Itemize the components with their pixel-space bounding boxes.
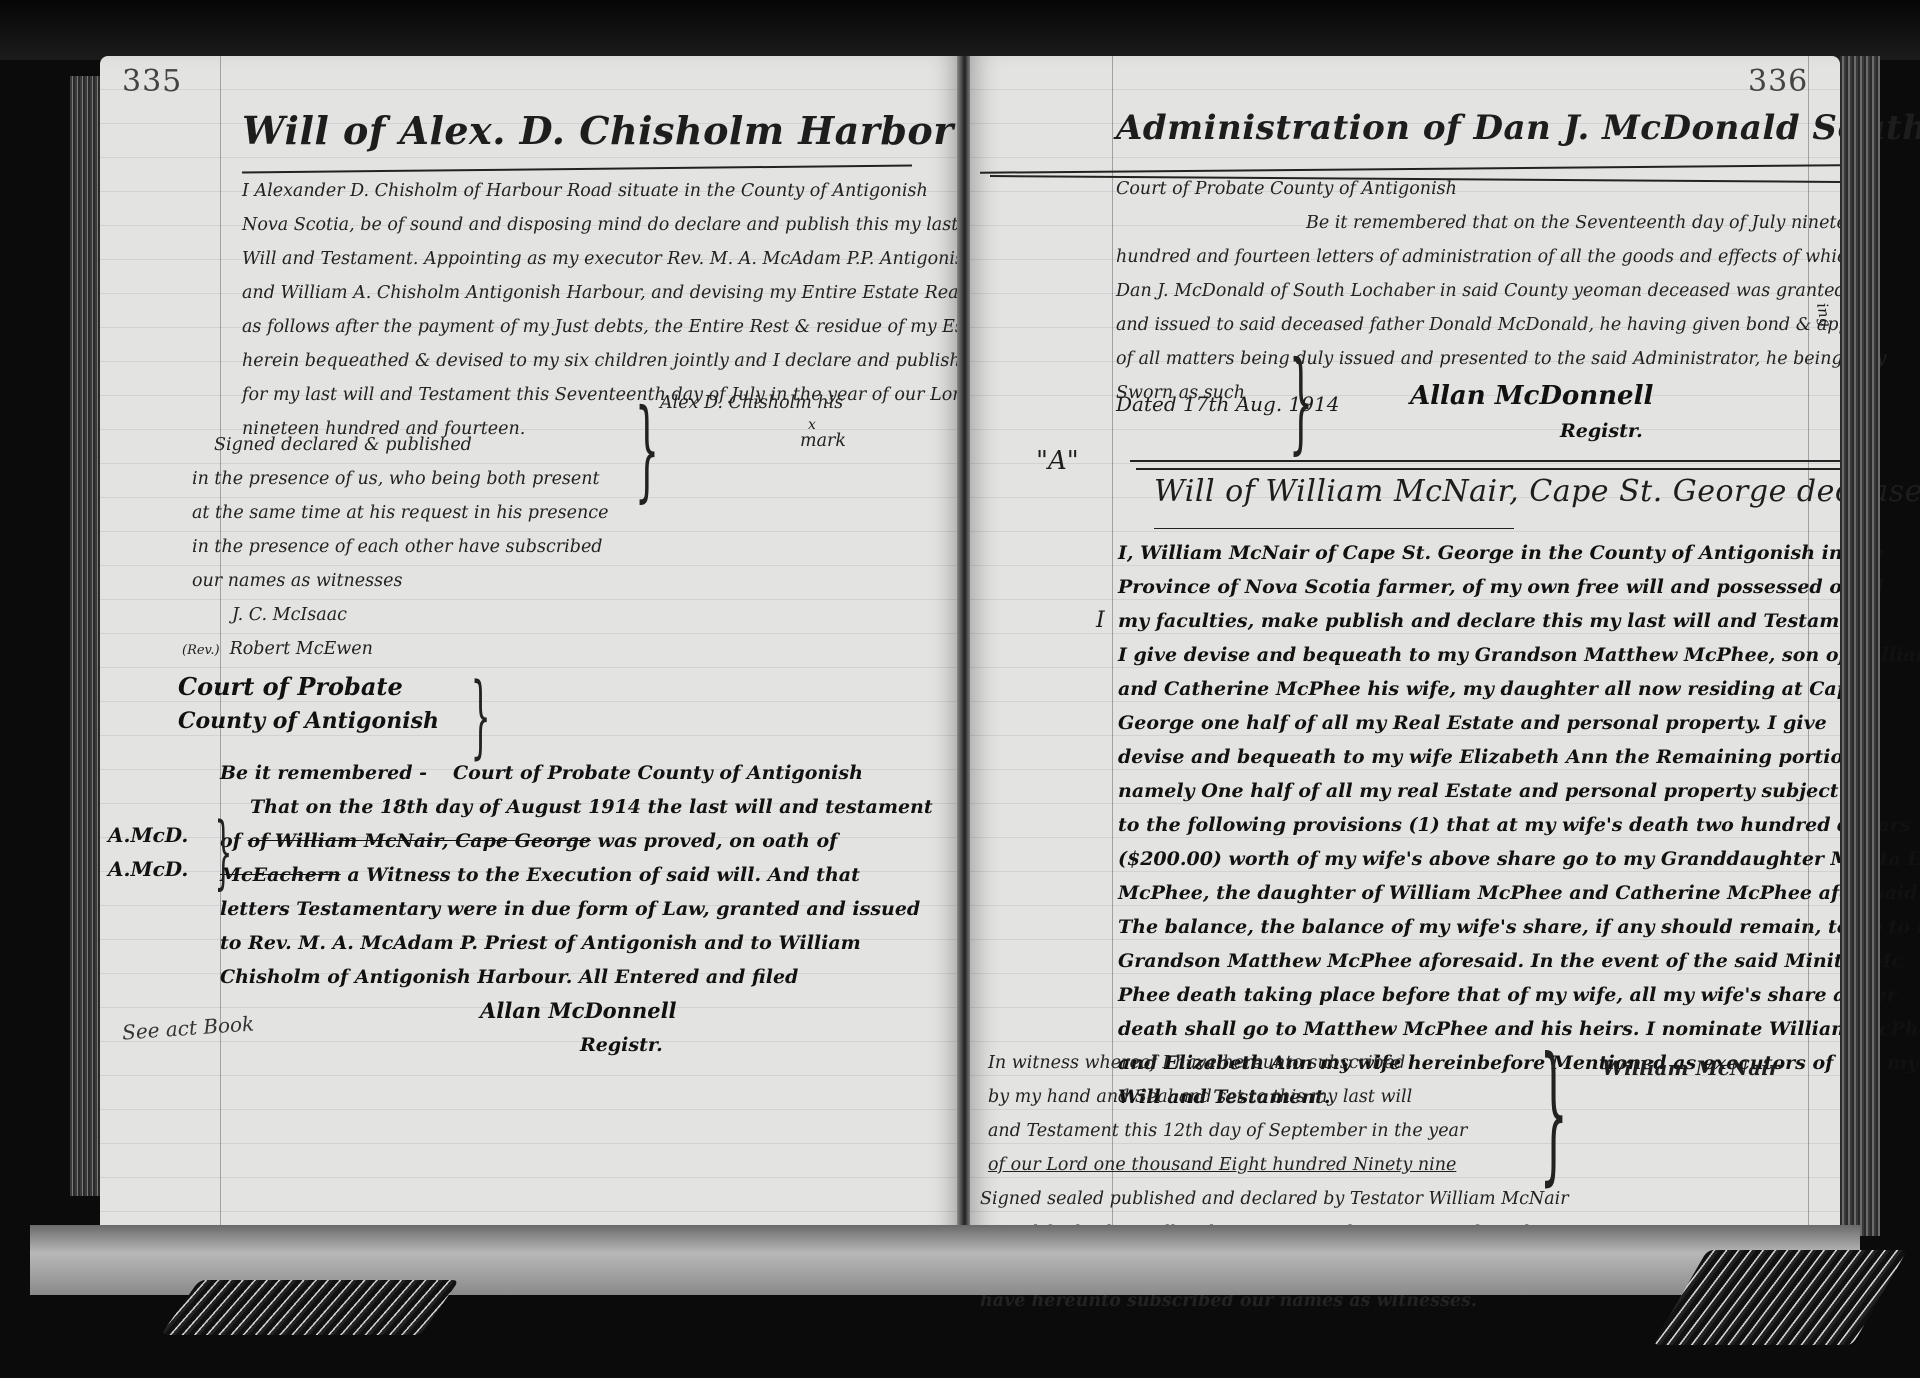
heading-underline xyxy=(242,164,912,173)
brace-icon: } xyxy=(1539,1038,1568,1188)
will-line: George one half of all my Real Estate an… xyxy=(1118,706,1920,740)
testator-signature: William McNair xyxy=(1602,1056,1779,1080)
will-line: as follows after the payment of my Just … xyxy=(242,310,1068,344)
court-heading: Court of Probate County of Antigonish xyxy=(178,670,439,738)
registrar-title: Registr. xyxy=(480,1028,677,1062)
probate-line: Chisholm of Antigonish Harbour. All Ente… xyxy=(220,960,933,994)
margin-initial: A.McD. xyxy=(108,818,188,852)
registrar-name: Allan McDonnell xyxy=(1410,378,1653,414)
section-rule xyxy=(1136,468,1840,470)
admin-date: Dated 17th Aug. 1914 xyxy=(1116,392,1339,416)
will-line: McPhee, the daughter of William McPhee a… xyxy=(1118,876,1920,910)
registrar-name: Allan McDonnell xyxy=(480,994,677,1028)
will-line: The balance, the balance of my wife's sh… xyxy=(1118,910,1920,944)
signature-name: Alex D. Chisholm his xyxy=(660,386,846,420)
will-heading: Will of William McNair, Cape St. George … xyxy=(1154,474,1920,509)
in-witness-line: of our Lord one thousand Eight hundred N… xyxy=(988,1148,1467,1182)
section-marker: I xyxy=(1096,608,1105,633)
brace-icon: } xyxy=(635,394,660,504)
will-line: to the following provisions (1) that at … xyxy=(1118,808,1920,842)
probate-opening: Be it remembered - xyxy=(220,762,427,784)
page-number: 336 xyxy=(1748,64,1808,99)
admin-court: Court of Probate County of Antigonish xyxy=(1116,172,1886,206)
will-line: Province of Nova Scotia farmer, of my ow… xyxy=(1118,570,1920,604)
will-line: and Catherine McPhee his wife, my daught… xyxy=(1118,672,1920,706)
witness-name: Robert McEwen xyxy=(230,639,373,659)
registrar-signature: Allan McDonnell Registr. xyxy=(480,994,677,1062)
book-spine xyxy=(957,56,971,1236)
administration-record: Court of Probate County of Antigonish Be… xyxy=(1116,172,1886,410)
probate-line: That on the 18th day of August 1914 the … xyxy=(220,790,933,824)
will-line: death shall go to Matthew McPhee and his… xyxy=(1118,1012,1920,1046)
will-line: Will and Testament. Appointing as my exe… xyxy=(242,242,1068,276)
book-clamp-left xyxy=(161,1280,460,1335)
signature-mark-label: mark xyxy=(660,430,846,452)
attestation-line: in the presence of each other have subsc… xyxy=(192,530,608,564)
administration-heading: Administration of Dan J. McDonald South … xyxy=(1116,108,1920,148)
probate-line: to Rev. M. A. McAdam P. Priest of Antigo… xyxy=(220,926,933,960)
admin-line: Dan J. McDonald of South Lochaber in sai… xyxy=(1116,274,1886,308)
witness-name: J. C. McIsaac xyxy=(192,598,608,632)
page-edges-left xyxy=(70,76,100,1196)
will-line: I, William McNair of Cape St. George in … xyxy=(1118,536,1920,570)
will-line: my faculties, make publish and declare t… xyxy=(1118,604,1920,638)
probate-record: Be it remembered -Court of Probate Count… xyxy=(220,756,933,994)
brace-icon: } xyxy=(471,672,491,762)
margin-initial: A.McD. xyxy=(108,852,188,886)
will-line: and William A. Chisholm Antigonish Harbo… xyxy=(242,276,1068,310)
admin-line: and issued to said deceased father Donal… xyxy=(1116,308,1886,342)
will-line: Nova Scotia, be of sound and disposing m… xyxy=(242,208,1068,242)
attestation-line: in the presence of us, who being both pr… xyxy=(192,462,608,496)
open-ledger-book: 335 Will of Alex. D. Chisholm Harbor Roa… xyxy=(30,46,1870,1286)
attestation-line: at the same time at his request in his p… xyxy=(192,496,608,530)
will-line: namely One half of all my real Estate an… xyxy=(1118,774,1920,808)
attestation-clause: Signed declared & published in the prese… xyxy=(192,428,608,668)
will-line: Grandson Matthew McPhee aforesaid. In th… xyxy=(1118,944,1920,978)
margin-note: ing xyxy=(1813,302,1835,329)
will-line: Phee death taking place before that of m… xyxy=(1118,978,1920,1012)
in-witness-line: In witness whereof I have hereunto subsc… xyxy=(988,1046,1467,1080)
probate-line: a Witness to the Execution of said will.… xyxy=(341,864,860,886)
page-number: 335 xyxy=(122,64,182,99)
admin-line: Be it remembered that on the Seventeenth… xyxy=(1116,206,1886,240)
in-witness-clause: In witness whereof I have hereunto subsc… xyxy=(988,1046,1467,1182)
testator-signature: Alex D. Chisholm his x mark xyxy=(660,386,846,452)
signature-mark-x: x xyxy=(660,420,846,430)
probate-line: letters Testamentary were in due form of… xyxy=(220,892,933,926)
probate-inserted-court: Court of Probate County of Antigonish xyxy=(427,762,863,784)
court-heading-line: County of Antigonish xyxy=(178,704,439,738)
page-edges-right xyxy=(1840,56,1880,1236)
probate-line: was proved, on oath of xyxy=(591,830,837,852)
struck-text: McEachern xyxy=(220,864,341,886)
will-line: I Alexander D. Chisholm of Harbour Road … xyxy=(242,174,1068,208)
attestation-line: Signed declared & published xyxy=(192,428,608,462)
section-marker: "A" xyxy=(1036,446,1079,476)
court-heading-line: Court of Probate xyxy=(178,670,439,704)
brace-icon: } xyxy=(215,812,233,892)
witness-prefix: (Rev.) xyxy=(182,643,220,658)
will-text: I, William McNair of Cape St. George in … xyxy=(1118,536,1920,1114)
will-line: I give devise and bequeath to my Grandso… xyxy=(1118,638,1920,672)
right-page: 336 Administration of Dan J. McDonald So… xyxy=(970,56,1840,1236)
section-rule xyxy=(1130,460,1840,462)
admin-registrar-signature: Allan McDonnell Registr. xyxy=(1410,378,1653,448)
will-heading: Will of Alex. D. Chisholm Harbor Road xyxy=(242,108,1078,153)
will-line: devise and bequeath to my wife Elizabeth… xyxy=(1118,740,1920,774)
admin-line: of all matters being duly issued and pre… xyxy=(1116,342,1886,376)
admin-line: hundred and fourteen letters of administ… xyxy=(1116,240,1886,274)
in-witness-line: and Testament this 12th day of September… xyxy=(988,1114,1467,1148)
margin-note: See act Book xyxy=(121,1011,255,1044)
margin-initials: A.McD. A.McD. xyxy=(108,818,188,886)
struck-text: of William McNair, Cape George xyxy=(247,830,591,852)
will-line: ($200.00) worth of my wife's above share… xyxy=(1118,842,1920,876)
will-line: herein bequeathed & devised to my six ch… xyxy=(242,344,1068,378)
heading-underline xyxy=(1154,528,1514,529)
in-witness-line: by my hand and Seal and set to this my l… xyxy=(988,1080,1467,1114)
left-page: 335 Will of Alex. D. Chisholm Harbor Roa… xyxy=(100,56,960,1236)
attestation-line: Signed sealed published and declared by … xyxy=(980,1182,1569,1216)
attestation-line: our names as witnesses xyxy=(192,564,608,598)
registrar-title: Registr. xyxy=(1410,414,1653,448)
